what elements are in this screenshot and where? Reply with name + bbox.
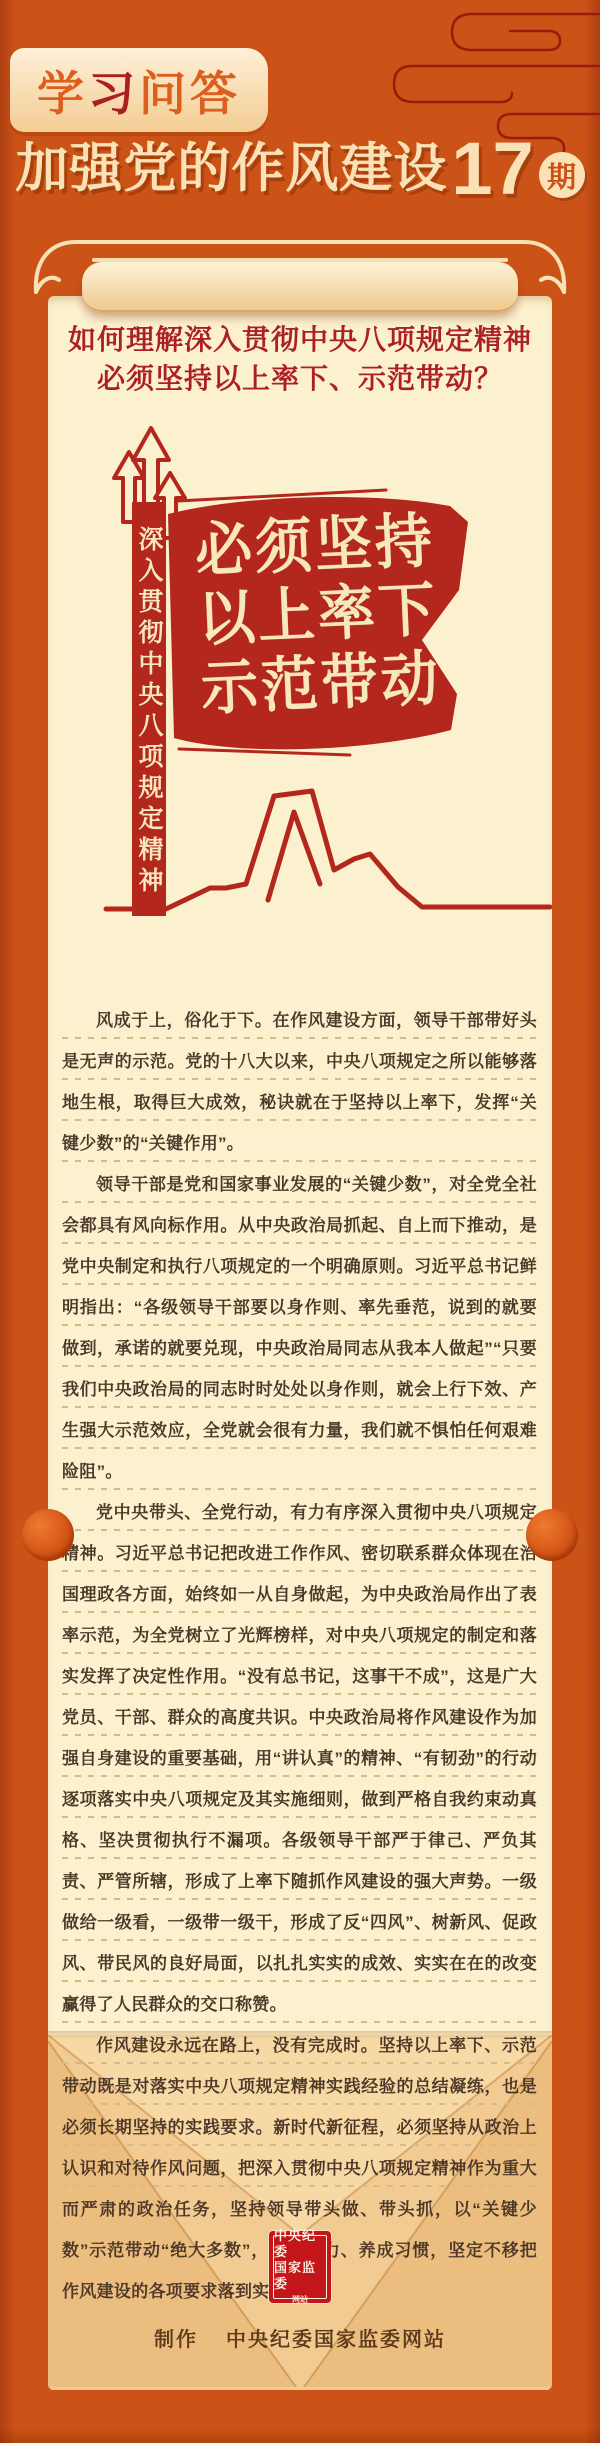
article-paragraph-1: 风成于上，俗化于下。在作风建设方面，领导干部带好头是无声的示范。党的十八大以来，… (62, 1000, 537, 1164)
question-line-1: 如何理解深入贯彻中央八项规定精神 (48, 320, 552, 359)
question-title: 如何理解深入贯彻中央八项规定精神 必须坚持以上率下、示范带动？ (48, 320, 552, 398)
credit-text: 中央纪委国家监委网站 (226, 2329, 446, 2351)
site-seal-logo: 中央纪委 国家监委 网站 (269, 2231, 331, 2303)
issue-number: 17 (451, 132, 533, 206)
flag-slogan: 必须坚持 以上率下 示范带动 (170, 506, 467, 725)
article-paragraph-2: 领导干部是党和国家事业发展的“关键少数”，对全党全社会都具有风向标作用。从中央政… (62, 1164, 537, 1492)
article-paragraph-3: 党中央带头、全党行动，有力有序深入贯彻中央八项规定精神。习近平总书记把改进工作作… (62, 1492, 537, 2025)
header-title-row: 加强党的作风建设 17 期 (0, 132, 600, 206)
seal-line-3: 网站 (292, 2294, 308, 2306)
seal-line-2: 国家监委 (274, 2260, 326, 2292)
flag-slogan-line-3: 示范带动 (176, 642, 467, 727)
poster-page: 学习问答 加强党的作风建设 17 期 如何理解深入贯彻中央八项规定精神 必须坚持… (0, 0, 600, 2443)
badge-char-alt: 习 (88, 57, 139, 124)
badge-chars: 问答 (139, 57, 241, 124)
issue-badge: 期 (539, 152, 585, 198)
scroll-roller (82, 262, 518, 312)
seal-line-1: 中央纪委 (274, 2228, 326, 2260)
credit-label: 制作 (154, 2329, 198, 2351)
question-line-2: 必须坚持以上率下、示范带动？ (48, 359, 552, 398)
credit-line: 制作中央纪委国家监委网站 (48, 2323, 552, 2352)
paper-notch-right (526, 1509, 578, 1561)
badge-char: 学 (37, 57, 88, 124)
scroll-paper: 如何理解深入贯彻中央八项规定精神 必须坚持以上率下、示范带动？ (48, 296, 552, 2390)
paper-notch-left (22, 1509, 74, 1561)
article-body: 风成于上，俗化于下。在作风建设方面，领导干部带好头是无声的示范。党的十八大以来，… (62, 1000, 537, 2312)
page-title: 加强党的作风建设 (15, 132, 447, 206)
study-qa-badge: 学习问答 (10, 48, 268, 132)
mountain-inner-peak (268, 812, 320, 900)
mountain-outline (106, 791, 550, 909)
pole-vertical-text: 深入贯彻中央八项规定精神 (132, 508, 166, 916)
seal-inner-border: 中央纪委 国家监委 网站 (273, 2235, 327, 2299)
banner-graphic: 深入贯彻中央八项规定精神 必须坚持 以上率下 示范带动 (48, 400, 552, 1012)
